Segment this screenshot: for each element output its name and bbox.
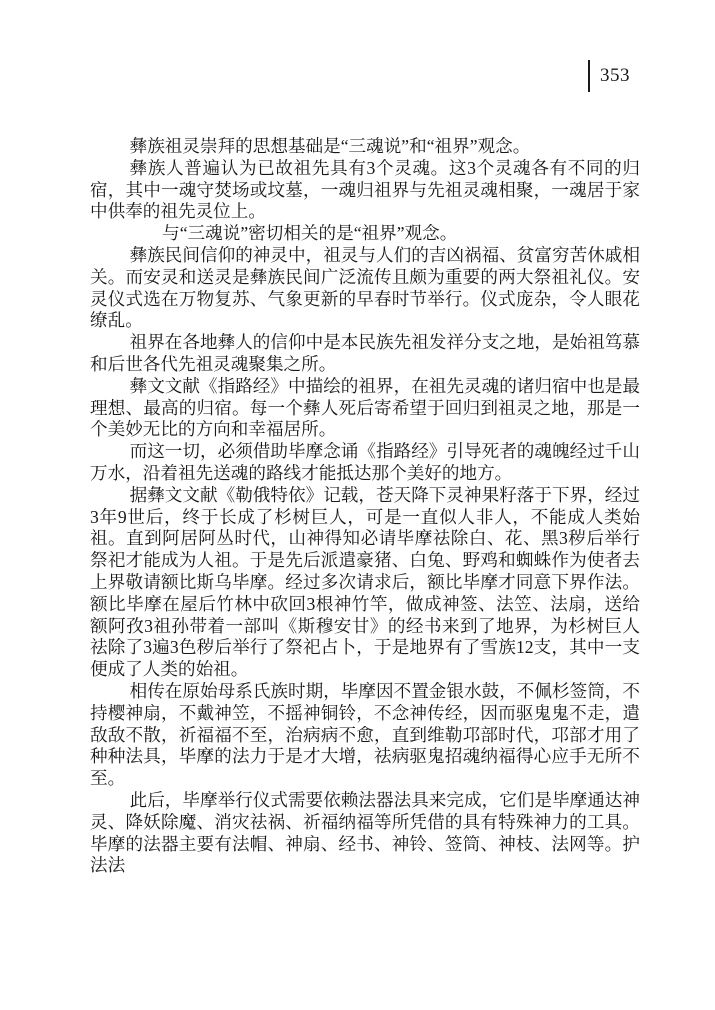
paragraph: 彝文文献《指路经》中描绘的祖界，在祖先灵魂的诸归宿中也是最理想、最高的归宿。每一… bbox=[90, 376, 640, 441]
paragraph: 而这一切，必须借助毕摩念诵《指路经》引导死者的魂魄经过千山万水，沿着祖先送魂的路… bbox=[90, 441, 640, 485]
paragraph: 此后，毕摩举行仪式需要依赖法器法具来完成，它们是毕摩通达神灵、降妖除魔、消灾祛祸… bbox=[90, 790, 640, 877]
paragraph: 祖界在各地彝人的信仰中是本民族先祖发祥分支之地，是始祖笃慕和后世各代先祖灵魂聚集… bbox=[90, 332, 640, 376]
paragraph: 彝族民间信仰的神灵中，祖灵与人们的吉凶祸福、贫富穷苦休戚相关。而安灵和送灵是彝族… bbox=[90, 245, 640, 332]
book-page: 353 彝族祖灵崇拜的思想基础是“三魂说”和“祖界”观念。 彝族人普遍认为已故祖… bbox=[0, 0, 715, 1010]
paragraph: 彝族祖灵崇拜的思想基础是“三魂说”和“祖界”观念。 bbox=[90, 136, 640, 158]
page-header: 353 bbox=[588, 60, 630, 92]
page-number-rule bbox=[588, 60, 590, 92]
paragraph: 与“三魂说”密切相关的是“祖界”观念。 bbox=[90, 223, 640, 245]
paragraph: 据彝文文献《勒俄特依》记载，苍天降下灵神果籽落于下界，经过3年9世后，终于长成了… bbox=[90, 485, 640, 681]
paragraph: 彝族人普遍认为已故祖先具有3个灵魂。这3个灵魂各有不同的归宿，其中一魂守焚场或坟… bbox=[90, 158, 640, 223]
body-text: 彝族祖灵崇拜的思想基础是“三魂说”和“祖界”观念。 彝族人普遍认为已故祖先具有3… bbox=[90, 136, 640, 877]
paragraph: 相传在原始母系氏族时期，毕摩因不置金银水鼓，不佩杉签筒，不持樱神扇，不戴神笠，不… bbox=[90, 681, 640, 790]
page-number: 353 bbox=[600, 60, 630, 92]
